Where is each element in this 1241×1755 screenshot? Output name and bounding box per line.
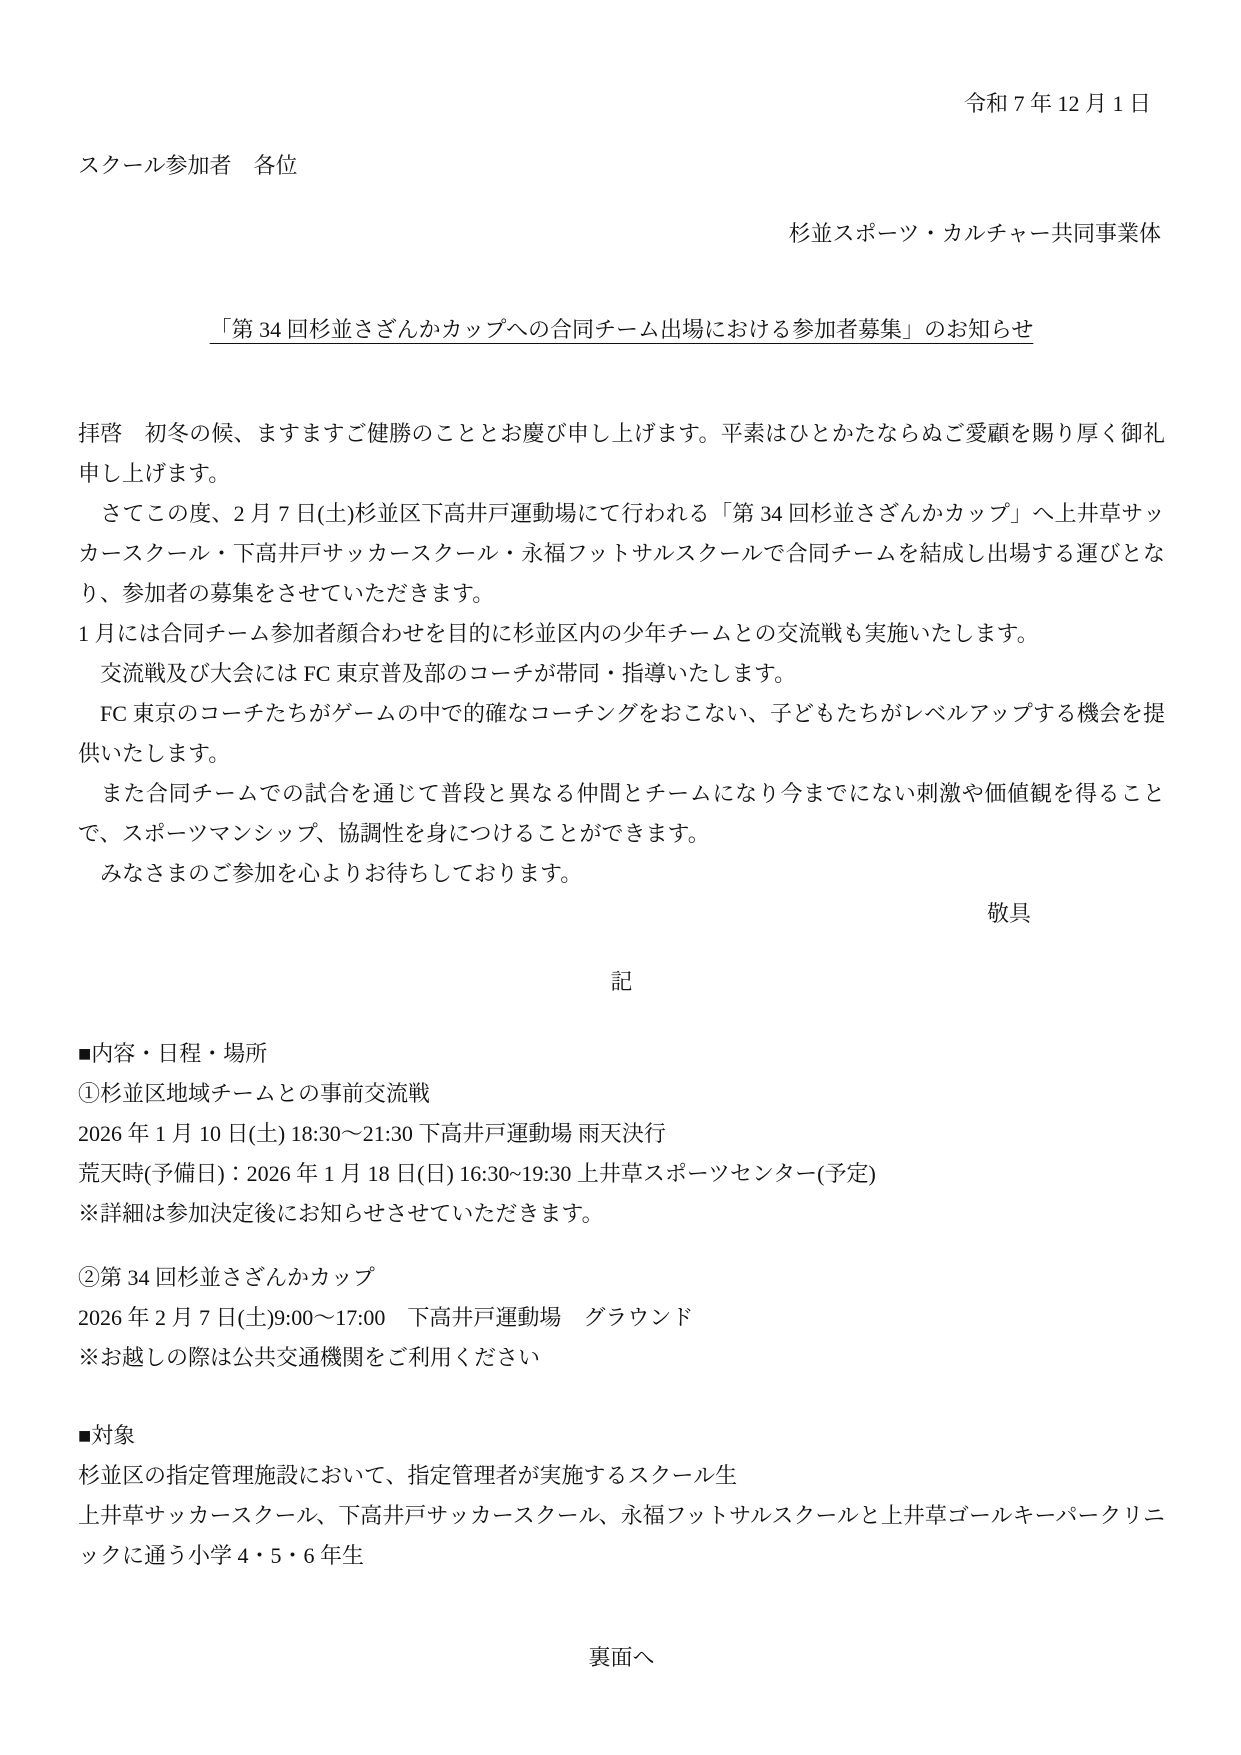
footer-next-page-note: 裏面へ [78, 1638, 1165, 1678]
body-paragraph: 1 月には合同チーム参加者顔合わせを目的に杉並区内の少年チームとの交流戦も実施い… [78, 614, 1165, 654]
event-detail-line: 2026 年 2 月 7 日(土)9:00～17:00 下高井戸運動場 グラウン… [78, 1298, 1165, 1338]
target-heading: ■対象 [78, 1416, 1165, 1456]
recipient-line: スクール参加者 各位 [78, 146, 1165, 186]
sender-line: 杉並スポーツ・カルチャー共同事業体 [78, 214, 1165, 254]
event-detail-line: 荒天時(予備日)：2026 年 1 月 18 日(日) 16:30~19:30 … [78, 1154, 1165, 1194]
document-title: 「第 34 回杉並さざんかカップへの合同チーム出場における参加者募集」のお知らせ [78, 310, 1165, 350]
body-paragraph: さてこの度、2 月 7 日(土)杉並区下高井戸運動場にて行われる「第 34 回杉… [78, 494, 1165, 614]
issue-date: 令和 7 年 12 月 1 日 [78, 84, 1165, 124]
record-marker-ki: 記 [78, 962, 1165, 1002]
body-paragraph: 交流戦及び大会には FC 東京普及部のコーチが帯同・指導いたします。 [78, 654, 1165, 694]
closing-keigu: 敬具 [78, 894, 1165, 934]
event-name: ②第 34 回杉並さざんかカップ [78, 1258, 1165, 1298]
body-paragraph: みなさまのご参加を心よりお待ちしております。 [78, 854, 1165, 894]
body-paragraph: FC 東京のコーチたちがゲームの中で的確なコーチングをおこない、子どもたちがレベ… [78, 694, 1165, 774]
document-page: 令和 7 年 12 月 1 日 スクール参加者 各位 杉並スポーツ・カルチャー共… [0, 0, 1241, 1755]
target-section: ■対象 杉並区の指定管理施設において、指定管理者が実施するスクール生 上井草サッ… [78, 1416, 1165, 1576]
target-line: 上井草サッカースクール、下高井戸サッカースクール、永福フットサルスクールと上井草… [78, 1496, 1165, 1576]
letter-body: 拝啓 初冬の候、ますますご健勝のこととお慶び申し上げます。平素はひとかたならぬご… [78, 414, 1165, 894]
event-detail-line: 2026 年 1 月 10 日(土) 18:30～21:30 下高井戸運動場 雨… [78, 1114, 1165, 1154]
body-paragraph: 拝啓 初冬の候、ますますご健勝のこととお慶び申し上げます。平素はひとかたならぬご… [78, 414, 1165, 494]
schedule-section: ■内容・日程・場所 ①杉並区地域チームとの事前交流戦 2026 年 1 月 10… [78, 1034, 1165, 1378]
event-detail-line: ※詳細は参加決定後にお知らせさせていただきます。 [78, 1194, 1165, 1234]
document-title-text: 「第 34 回杉並さざんかカップへの合同チーム出場における参加者募集」のお知らせ [210, 317, 1034, 342]
schedule-heading: ■内容・日程・場所 [78, 1034, 1165, 1074]
target-line: 杉並区の指定管理施設において、指定管理者が実施するスクール生 [78, 1456, 1165, 1496]
event-pre-exchange-match: ①杉並区地域チームとの事前交流戦 2026 年 1 月 10 日(土) 18:3… [78, 1074, 1165, 1234]
event-sazanka-cup: ②第 34 回杉並さざんかカップ 2026 年 2 月 7 日(土)9:00～1… [78, 1258, 1165, 1378]
event-name: ①杉並区地域チームとの事前交流戦 [78, 1074, 1165, 1114]
body-paragraph: また合同チームでの試合を通じて普段と異なる仲間とチームになり今までにない刺激や価… [78, 774, 1165, 854]
event-detail-line: ※お越しの際は公共交通機関をご利用ください [78, 1338, 1165, 1378]
